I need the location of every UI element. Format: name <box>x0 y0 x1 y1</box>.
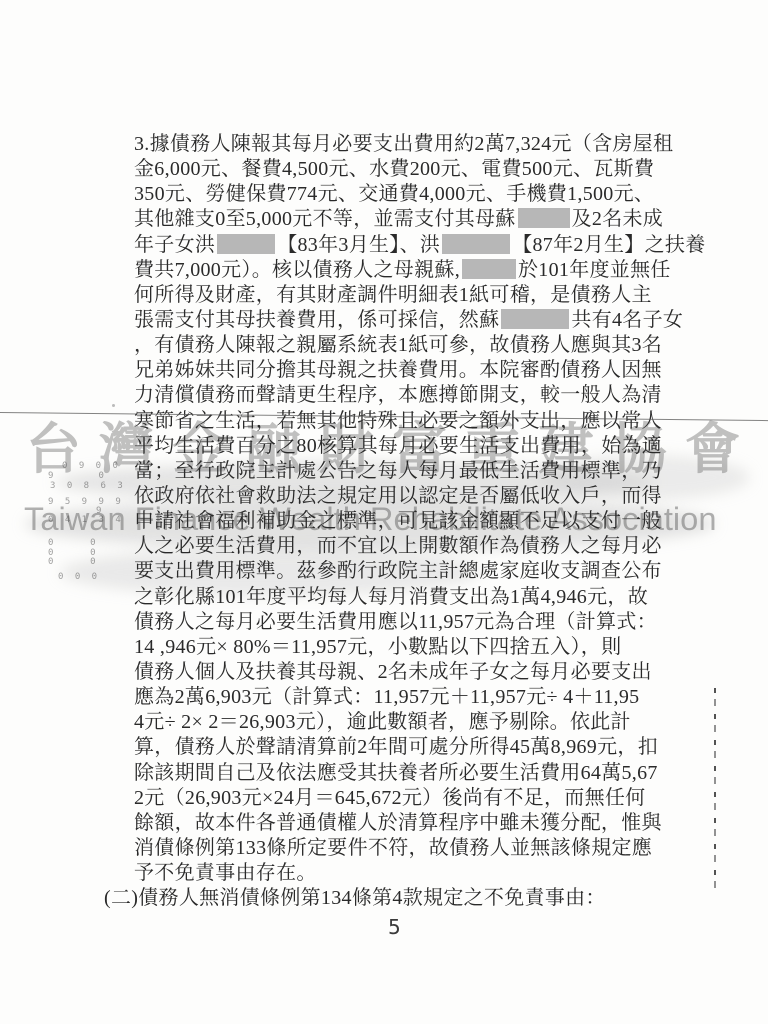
scanned-document-page: 台灣金融財富重建協會 Taiwan Finance Wealth Rehabil… <box>0 0 768 1024</box>
text-segment: 【87年2月生】之扶養 <box>512 234 705 256</box>
text-line: 兄弟姊妹共同分擔其母親之扶養費用。本院審酌債務人因無 <box>134 358 706 383</box>
text-segment: 要支出費用標準。茲參酌行政院主計總處家庭收支調查公布 <box>134 560 662 582</box>
text-line: 力清償債務而聲請更生程序，本應撙節開支，較一般人為清 <box>134 383 706 408</box>
redaction-box <box>217 234 275 254</box>
text-line: 寒節省之生活，若無其他特殊且必要之額外支出，應以常人 <box>134 409 706 434</box>
text-line: 金6,000元、餐費4,500元、水費200元、電費500元、瓦斯費 <box>134 157 706 182</box>
text-line: 張需支付其母扶養費用，係可採信，然蘇共有4名子女 <box>134 308 706 333</box>
text-line: 2元（26,903元×24月＝645,672元）後尚有不足，而無任何 <box>134 786 706 811</box>
text-segment: (二)債務人無消債條例第134條第4款規定之不免責事由： <box>104 887 606 909</box>
text-line: 年子女洪【83年3月生】、洪【87年2月生】之扶養 <box>134 233 706 258</box>
text-line: 之彰化縣101年度平均每人每月消費支出為1萬4,946元，故 <box>134 585 706 610</box>
margin-digit: 0 4 1 3 4 <box>48 515 124 525</box>
margin-digit: 0 0 <box>48 557 99 567</box>
text-segment: 除該期間自己及依法應受其扶養者所必要生活費用64萬5,67 <box>134 762 658 784</box>
text-segment: 金6,000元、餐費4,500元、水費200元、電費500元、瓦斯費 <box>134 158 654 180</box>
text-segment: 張需支付其母扶養費用，係可採信，然蘇 <box>134 309 499 331</box>
text-segment: 費共7,000元）。核以債務人之母親蘇, <box>134 259 460 281</box>
text-segment: 餘額，故本件各普通債權人於清算程序中雖未獲分配，惟與 <box>134 812 662 834</box>
text-line: 依政府依社會救助法之規定用以認定是否屬低收入戶，而得 <box>134 484 706 509</box>
text-line: 其他雜支0至5,000元不等，並需支付其母蘇及2名未成 <box>134 207 706 232</box>
vertical-scan-artifact-line <box>714 688 716 894</box>
text-segment: 消債條例第133條所定要件不符，故債務人並無該條規定應 <box>134 837 652 859</box>
redaction-box <box>442 234 510 254</box>
text-segment: 及2名未成 <box>572 208 664 230</box>
text-line: 應為2萬6,903元（計算式：11,957元＋11,957元÷ 4＋11,95 <box>134 685 706 710</box>
text-segment: 14 ,946元× 80%＝11,957元，小數點以下四捨五入），則 <box>134 636 621 658</box>
text-line: 除該期間自己及依法應受其扶養者所必要生活費用64萬5,67 <box>134 761 706 786</box>
text-line: 何所得及財產，有其財產調件明細表1紙可稽，是債務人主 <box>134 283 706 308</box>
text-segment: 依政府依社會救助法之規定用以認定是否屬低收入戶，而得 <box>134 485 662 507</box>
margin-digit: 9 0 <box>48 471 107 481</box>
text-segment: 之彰化縣101年度平均每人每月消費支出為1萬4,946元，故 <box>134 586 648 608</box>
text-line: 算，債務人於聲請清算前2年間可處分所得45萬8,969元，扣 <box>134 735 706 760</box>
text-line: 人之必要生活費用，而不宜以上開數額作為債務人之每月必 <box>134 534 706 559</box>
redaction-box <box>518 208 570 228</box>
text-segment: 年子女洪 <box>134 234 215 256</box>
text-line: 申請社會福利補助金之標準，可見該金額顯不足以支付一般 <box>134 509 706 534</box>
text-line: 債務人個人及扶養其母親、2名未成年子女之每月必要支出 <box>134 660 706 685</box>
text-line: 費共7,000元）。核以債務人之母親蘇,於101年度並無任 <box>134 258 706 283</box>
text-segment: 4元÷ 2× 2＝26,903元），逾此數額者，應予剔除。依此計 <box>134 711 631 733</box>
text-segment: 3.據債務人陳報其每月必要支出費用約2萬7,324元（含房屋租 <box>134 133 673 155</box>
text-line: 3.據債務人陳報其每月必要支出費用約2萬7,324元（含房屋租 <box>134 132 706 157</box>
text-line: 債務人之每月必要生活費用應以11,957元為合理（計算式： <box>134 610 706 635</box>
text-line: 14 ,946元× 80%＝11,957元，小數點以下四捨五入），則 <box>134 635 706 660</box>
text-line: 餘額，故本件各普通債權人於清算程序中雖未獲分配，惟與 <box>134 811 706 836</box>
text-segment: 何所得及財產，有其財產調件明細表1紙可稽，是債務人主 <box>134 284 652 306</box>
redaction-box <box>501 309 569 329</box>
text-line: 予不免責事由存在。 <box>134 861 706 886</box>
text-line: 平均生活費百分之80核算其每月必要生活支出費用，始為適 <box>134 434 706 459</box>
text-segment: 債務人個人及扶養其母親、2名未成年子女之每月必要支出 <box>134 661 652 683</box>
document-lines: 3.據債務人陳報其每月必要支出費用約2萬7,324元（含房屋租金6,000元、餐… <box>134 132 706 911</box>
text-segment: 平均生活費百分之80核算其每月必要生活支出費用，始為適 <box>134 435 662 457</box>
text-segment: 債務人之每月必要生活費用應以11,957元為合理（計算式： <box>134 611 657 633</box>
text-segment: 應為2萬6,903元（計算式：11,957元＋11,957元÷ 4＋11,95 <box>134 686 639 708</box>
text-segment: 兄弟姊妹共同分擔其母親之扶養費用。本院審酌債務人因無 <box>134 359 662 381</box>
text-line: ，有債務人陳報之親屬系統表1紙可參，故債務人應與其3名 <box>134 333 706 358</box>
margin-digit: 0 0 <box>48 538 99 548</box>
text-line: 4元÷ 2× 2＝26,903元），逾此數額者，應予剔除。依此計 <box>134 710 706 735</box>
text-line: 要支出費用標準。茲參酌行政院主計總處家庭收支調查公布 <box>134 559 706 584</box>
text-segment: 共有4名子女 <box>571 309 683 331</box>
text-line: 350元、勞健保費774元、交通費4,000元、手機費1,500元、 <box>134 182 706 207</box>
text-segment: 人之必要生活費用，而不宜以上開數額作為債務人之每月必 <box>134 535 662 557</box>
text-line: (二)債務人無消債條例第134條第4款規定之不免責事由： <box>104 886 706 911</box>
text-segment: 寒節省之生活，若無其他特殊且必要之額外支出，應以常人 <box>134 410 662 432</box>
text-segment: 申請社會福利補助金之標準，可見該金額顯不足以支付一般 <box>134 510 662 532</box>
margin-digit: 9 5 9 9 9 <box>48 497 124 507</box>
redaction-box <box>462 259 516 279</box>
text-segment: 予不免責事由存在。 <box>134 862 317 884</box>
text-segment: 於101年度並無任 <box>518 259 671 281</box>
page-number: 5 <box>388 915 401 939</box>
text-segment: 力清償債務而聲請更生程序，本應撙節開支，較一般人為清 <box>134 384 662 406</box>
text-segment: 當；至行政院主計處公告之每人每月最低生活費用標準，乃 <box>134 460 662 482</box>
margin-digit: 0 9 0 0 <box>62 461 121 471</box>
text-line: 當；至行政院主計處公告之每人每月最低生活費用標準，乃 <box>134 459 706 484</box>
text-segment: 算，債務人於聲請清算前2年間可處分所得45萬8,969元，扣 <box>134 736 658 758</box>
margin-digit: 3 0 8 6 3 <box>50 481 126 491</box>
scan-speck <box>112 404 115 407</box>
margin-digit: 0 0 0 <box>58 572 100 582</box>
text-segment: ，有債務人陳報之親屬系統表1紙可參，故債務人應與其3名 <box>134 334 662 356</box>
text-segment: 其他雜支0至5,000元不等，並需支付其母蘇 <box>134 208 516 230</box>
text-segment: 350元、勞健保費774元、交通費4,000元、手機費1,500元、 <box>134 183 654 205</box>
text-line: 消債條例第133條所定要件不符，故債務人並無該條規定應 <box>134 836 706 861</box>
text-segment: 2元（26,903元×24月＝645,672元）後尚有不足，而無任何 <box>134 787 645 809</box>
text-segment: 【83年3月生】、洪 <box>277 234 440 256</box>
